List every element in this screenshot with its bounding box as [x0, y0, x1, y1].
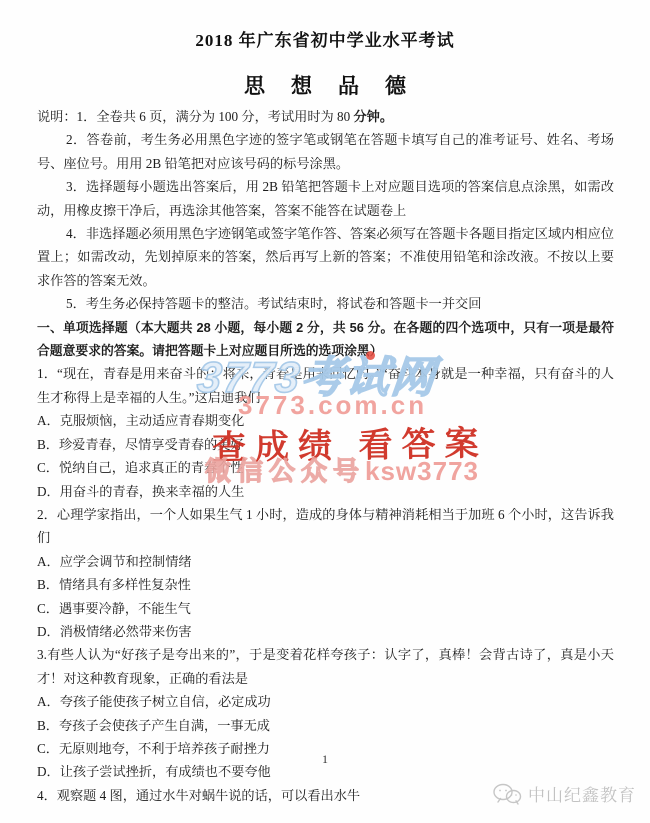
footer-brand-name: 中山纪鑫教育 [528, 781, 636, 806]
page-number: 1 [0, 752, 650, 767]
question-1-option-a: A．克服烦恼，主动适应青春期变化 [37, 409, 614, 432]
exam-title: 2018 年广东省初中学业水平考试 [0, 26, 650, 51]
question-1-option-b: B．珍爱青春，尽情享受青春的美好 [37, 433, 614, 456]
exam-body: 说明：1．全卷共 6 页，满分为 100 分，考试用时为 80 分钟。 2．答卷… [37, 105, 614, 807]
question-2-option-d: D．消极情绪必然带来伤害 [37, 620, 614, 643]
instruction-item-1: 说明：1．全卷共 6 页，满分为 100 分，考试用时为 80 分钟。 [37, 105, 614, 128]
question-3-option-a: A．夸孩子能使孩子树立自信，必定成功 [37, 690, 614, 713]
question-2-option-b: B．情绪具有多样性复杂性 [37, 573, 614, 596]
question-2: 2．心理学家指出，一个人如果生气 1 小时，造成的身体与精神消耗相当于加班 6 … [37, 503, 614, 643]
footer-brand: 中山纪鑫教育 [492, 781, 636, 806]
exam-paper-page: 2018 年广东省初中学业水平考试 思想品德 说明：1．全卷共 6 页，满分为 … [0, 0, 650, 823]
instruction-item-5: 5．考生务必保持答题卡的整洁。考试结束时，将试卷和答题卡一并交回 [37, 292, 614, 315]
instruction-item-2: 2．答卷前，考生务必用黑色字迹的签字笔或钢笔在答题卡填写自己的准考证号、姓名、考… [37, 128, 614, 175]
instruction-item-4: 4．非选择题必须用黑色字迹钢笔或签字笔作答、答案必须写在答题卡各题目指定区域内相… [37, 222, 614, 292]
instruction-1-bold: 分钟。 [354, 109, 394, 124]
question-1-stem: 1．“现在，青春是用来奋斗的；将来，青春是用来回忆的。”“奋斗本身就是一种幸福，… [37, 362, 614, 409]
question-1-option-d: D．用奋斗的青春，换来幸福的人生 [37, 480, 614, 503]
instruction-item-3: 3．选择题每小题选出答案后，用 2B 铅笔把答题卡上对应题目选项的答案信息点涂黑… [37, 175, 614, 222]
question-2-option-a: A．应学会调节和控制情绪 [37, 550, 614, 573]
exam-subject: 思想品德 [0, 70, 650, 100]
section-heading-multiple-choice: 一、单项选择题（本大题共 28 小题，每小题 2 分，共 56 分。在各题的四个… [37, 316, 614, 363]
question-2-option-c: C．遇事要冷静，不能生气 [37, 597, 614, 620]
question-1: 1．“现在，青春是用来奋斗的；将来，青春是用来回忆的。”“奋斗本身就是一种幸福，… [37, 362, 614, 502]
instruction-1-text: 说明：1．全卷共 6 页，满分为 100 分，考试用时为 80 [37, 109, 354, 124]
question-3-stem: 3.有些人认为“好孩子是夸出来的”，于是变着花样夸孩子：认字了，真棒！会背古诗了… [37, 643, 614, 690]
wechat-icon [492, 782, 522, 806]
question-2-stem: 2．心理学家指出，一个人如果生气 1 小时，造成的身体与精神消耗相当于加班 6 … [37, 503, 614, 550]
question-1-option-c: C．悦纳自己，追求真正的青春个性 [37, 456, 614, 479]
question-3-option-b: B．夸孩子会使孩子产生自满，一事无成 [37, 714, 614, 737]
